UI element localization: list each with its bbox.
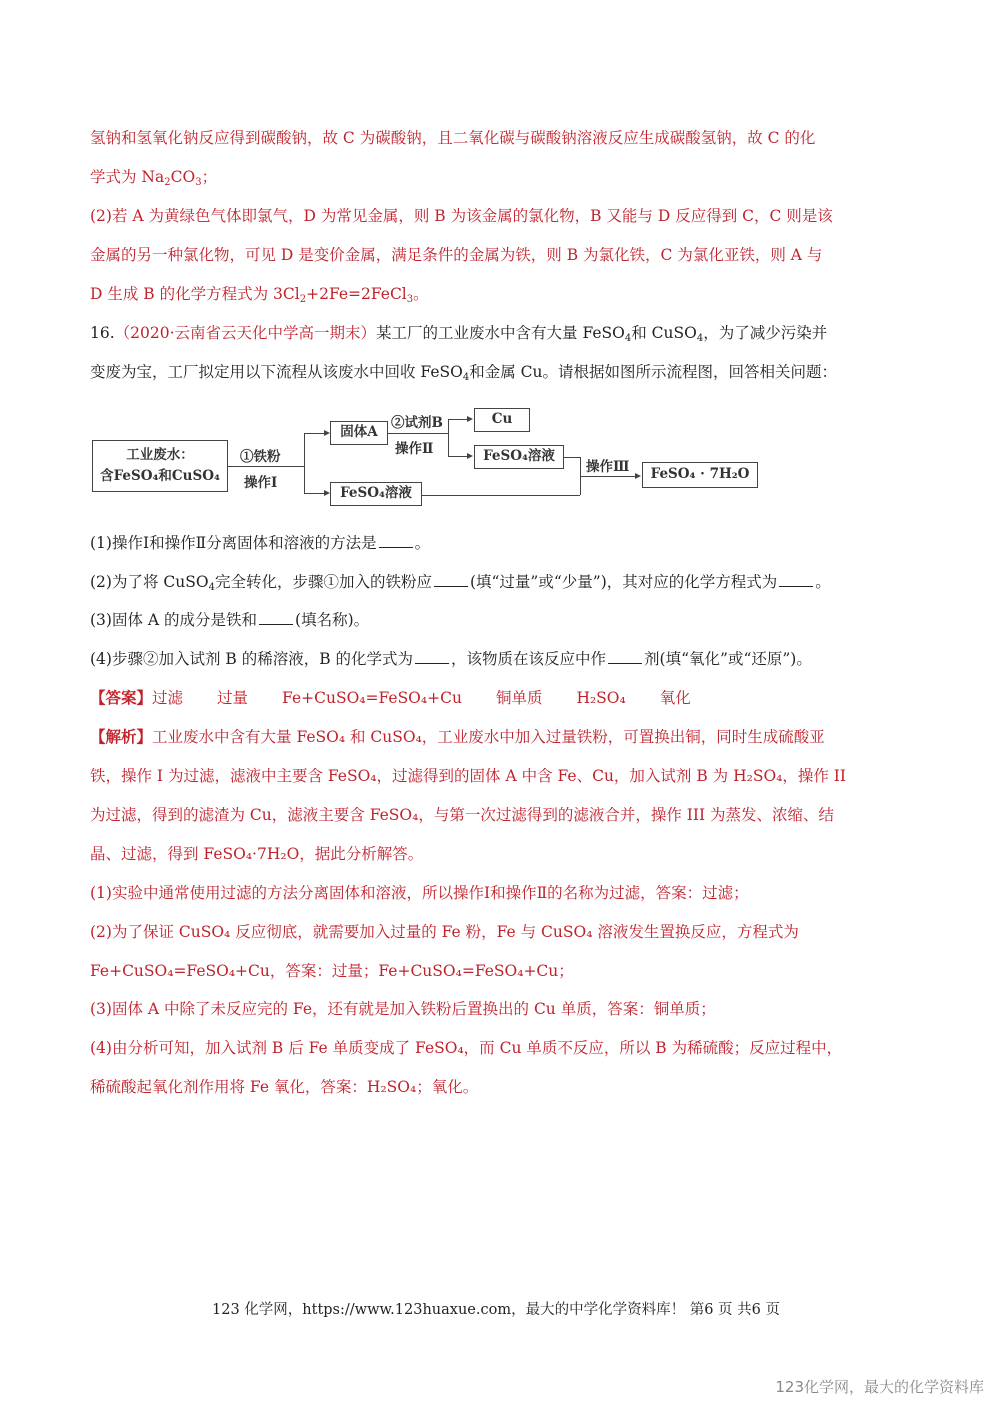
question-source: （2020·云南省云天化中学高一期末）	[115, 324, 376, 342]
question-number: 16.	[90, 324, 115, 342]
prev-analysis-part2-line-2: 金属的另一种氯化物，可见 D 是变价金属，满足条件的金属为铁，则 B 为氯化铁，…	[90, 245, 905, 265]
watermark: 123化学网，最大的化学资料库	[775, 1376, 984, 1397]
prev-analysis-part2-line-1: (2)若 A 为黄绿色气体即氯气，D 为常见金属，则 B 为该金属的氯化物，B …	[90, 206, 905, 226]
text: 某工厂的工业废水中含有大量 FeSO	[376, 324, 625, 342]
text: (填“过量”或“少量”)，其对应的化学方程式为	[470, 573, 777, 591]
flow-box-industrial-wastewater: 工业废水： 含FeSO₄和CuSO₄	[92, 440, 228, 492]
text: 学式为 Na	[90, 168, 164, 186]
answer-item: 氧化	[660, 688, 691, 708]
answer-blank	[779, 572, 813, 587]
document-page: 氢钠和氢氧化钠反应得到碳酸钠，故 C 为碳酸钠，且二氧化碳与碳酸钠溶液反应生成碳…	[0, 0, 992, 1403]
answer-blank	[434, 572, 468, 587]
analysis-part-1: (1)实验中通常使用过滤的方法分离固体和溶液，所以操作Ⅰ和操作Ⅱ的名称为过滤，答…	[90, 883, 905, 903]
text: ，为了减少污染并	[703, 324, 827, 342]
analysis-line-1: 【解析】工业废水中含有大量 FeSO₄ 和 CuSO₄，工业废水中加入过量铁粉，…	[90, 727, 905, 747]
analysis-part-4-line-2: 稀硫酸起氧化剂作用将 Fe 氧化，答案：H₂SO₄；氧化。	[90, 1077, 905, 1097]
arrow-icon	[635, 473, 641, 479]
answer-line: 【答案】过滤过量Fe+CuSO₄=FeSO₄+Cu铜单质H₂SO₄氧化	[90, 688, 905, 708]
connector-line	[304, 433, 326, 434]
text: (4)步骤②加入试剂 B 的稀溶液，B 的化学式为	[90, 650, 413, 668]
flow-box-feso4-solution-from-operation-1: FeSO₄溶液	[330, 482, 422, 506]
answer-item: Fe+CuSO₄=FeSO₄+Cu	[282, 688, 462, 708]
connector-line	[304, 433, 305, 493]
question-16-line-2: 变废为宝，工厂拟定用以下流程从该废水中回收 FeSO4和金属 Cu。请根据如图所…	[90, 362, 905, 382]
text: 。	[415, 534, 431, 552]
analysis-line-3: 为过滤，得到的滤渣为 Cu，滤液主要含 FeSO₄，与第一次过滤得到的滤液合并，…	[90, 805, 905, 825]
text: 和金属 Cu。请根据如图所示流程图，回答相关问题：	[469, 363, 837, 381]
answer-item: 过量	[217, 688, 248, 708]
prev-analysis-part2-line-3: D 生成 B 的化学方程式为 3Cl2+2Fe=2FeCl3。	[90, 284, 905, 304]
analysis-part-4-line-1: (4)由分析可知，加入试剂 B 后 Fe 单质变成了 FeSO₄，而 Cu 单质…	[90, 1038, 905, 1058]
arrow-icon	[467, 416, 473, 422]
connector-line	[448, 456, 468, 457]
answer-label: 【答案】	[90, 688, 152, 707]
answer-blank	[259, 610, 293, 625]
answer-blank	[415, 649, 449, 664]
page-footer: 123 化学网，https://www.123huaxue.com，最大的中学化…	[0, 1298, 992, 1319]
text: (1)操作Ⅰ和操作Ⅱ分离固体和溶液的方法是	[90, 534, 377, 552]
question-16-line-1: 16.（2020·云南省云天化中学高一期末）某工厂的工业废水中含有大量 FeSO…	[90, 323, 905, 343]
flow-label-step1-iron-powder: ①铁粉	[240, 445, 281, 465]
text: 完全转化，步骤①加入的铁粉应	[215, 573, 432, 591]
subquestion-2: (2)为了将 CuSO4完全转化，步骤①加入的铁粉应(填“过量”或“少量”)，其…	[90, 572, 905, 592]
analysis-label: 【解析】	[90, 727, 152, 746]
arrow-icon	[467, 453, 473, 459]
analysis-line-4: 晶、过滤，得到 FeSO₄·7H₂O，据此分析解答。	[90, 844, 905, 864]
text: ；	[202, 168, 218, 186]
text: (3)固体 A 的成分是铁和	[90, 611, 257, 629]
text: (2)为了将 CuSO	[90, 573, 209, 591]
subquestion-1: (1)操作Ⅰ和操作Ⅱ分离固体和溶液的方法是。	[90, 533, 905, 553]
answer-item: 铜单质	[496, 688, 543, 708]
text: 剂(填“氧化”或“还原”)。	[644, 650, 812, 668]
connector-line	[564, 457, 580, 458]
connector-line	[388, 433, 448, 434]
flow-label-step2-reagent-b: ②试剂B	[391, 411, 443, 431]
text: 和 CuSO	[631, 324, 697, 342]
text: 工业废水中含有大量 FeSO₄ 和 CuSO₄，工业废水中加入过量铁粉，可置换出…	[152, 728, 825, 746]
answer-blank	[379, 533, 413, 548]
flow-box-feso4-solution-from-operation-2: FeSO₄溶液	[474, 445, 564, 469]
flow-box-label: 含FeSO₄和CuSO₄	[93, 466, 227, 487]
text: D 生成 B 的化学方程式为 3Cl	[90, 285, 300, 303]
flow-box-solid-a: 固体A	[330, 421, 388, 445]
connector-line	[304, 493, 326, 494]
subquestion-3: (3)固体 A 的成分是铁和(填名称)。	[90, 610, 905, 630]
analysis-part-2-line-2: Fe+CuSO₄=FeSO₄+Cu，答案：过量；Fe+CuSO₄=FeSO₄+C…	[90, 961, 905, 981]
prev-analysis-line-1: 氢钠和氢氧化钠反应得到碳酸钠，故 C 为碳酸钠，且二氧化碳与碳酸钠溶液反应生成碳…	[90, 128, 905, 148]
text: 。	[815, 573, 831, 591]
analysis-part-3: (3)固体 A 中除了未反应完的 Fe，还有就是加入铁粉后置换出的 Cu 单质，…	[90, 999, 905, 1019]
connector-line	[580, 476, 636, 477]
flow-box-cu: Cu	[474, 408, 530, 432]
flow-box-feso4-heptahydrate: FeSO₄ · 7H₂O	[642, 462, 758, 488]
flow-label-operation-3: 操作Ⅲ	[586, 455, 629, 475]
connector-line	[422, 495, 580, 496]
text: (填名称)。	[295, 611, 369, 629]
text: 变废为宝，工厂拟定用以下流程从该废水中回收 FeSO	[90, 363, 463, 381]
analysis-line-2: 铁，操作 I 为过滤，滤液中主要含 FeSO₄，过滤得到的固体 A 中含 Fe、…	[90, 766, 905, 786]
text: +2Fe=2FeCl	[306, 285, 407, 303]
flow-label-operation-1: 操作Ⅰ	[244, 471, 277, 491]
connector-line	[448, 419, 449, 456]
connector-line	[448, 419, 468, 420]
answer-item: H₂SO₄	[576, 688, 625, 708]
flow-box-label: 工业废水：	[93, 445, 227, 466]
prev-analysis-line-2: 学式为 Na2CO3；	[90, 167, 905, 187]
text: CO	[171, 168, 196, 186]
process-flowchart: 工业废水： 含FeSO₄和CuSO₄ ①铁粉 操作Ⅰ 固体A ②试剂B 操作Ⅱ …	[90, 405, 770, 515]
flow-label-operation-2: 操作Ⅱ	[395, 437, 433, 457]
subquestion-4: (4)步骤②加入试剂 B 的稀溶液，B 的化学式为，该物质在该反应中作剂(填“氧…	[90, 649, 905, 669]
connector-line	[228, 466, 304, 467]
text: ，该物质在该反应中作	[451, 650, 606, 668]
analysis-part-2-line-1: (2)为了保证 CuSO₄ 反应彻底，就需要加入过量的 Fe 粉，Fe 与 Cu…	[90, 922, 905, 942]
answer-item: 过滤	[152, 688, 183, 708]
answer-blank	[608, 649, 642, 664]
text: 。	[413, 285, 429, 303]
